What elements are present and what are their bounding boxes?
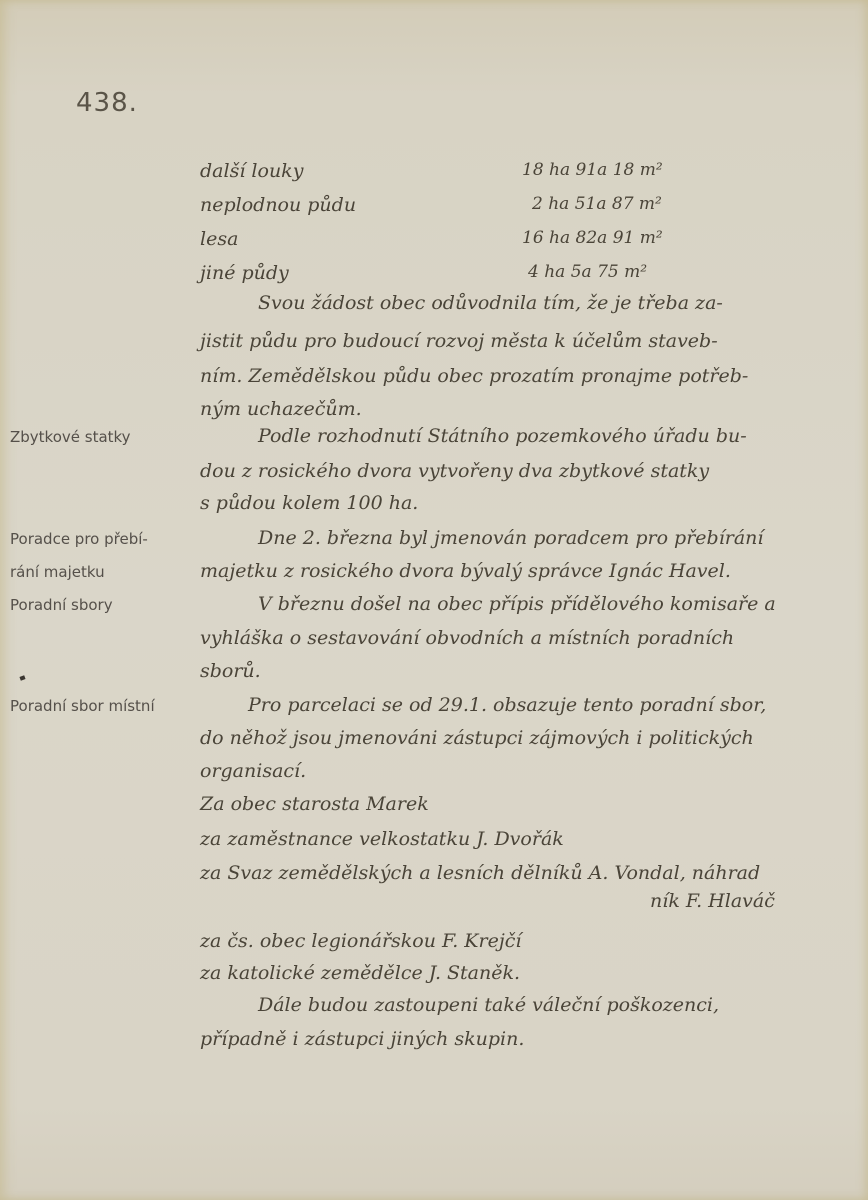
member-line: za katolické zemědělce J. Staněk.	[200, 962, 520, 984]
area-value: 18 ha 91a 18 m²	[522, 160, 663, 180]
text-line: Pro parcelaci se od 29.1. obsazuje tento…	[248, 694, 766, 716]
member-line: za čs. obec legionářskou F. Krejčí	[200, 930, 521, 952]
area-value: 16 ha 82a 91 m²	[522, 228, 663, 248]
text-line: s půdou kolem 100 ha.	[200, 492, 418, 514]
area-label: neplodnou půdu	[200, 194, 356, 216]
margin-note-poradce: rání majetku	[10, 563, 105, 581]
check-mark-icon	[19, 675, 25, 680]
text-line: majetku z rosického dvora bývalý správce…	[200, 560, 731, 582]
text-line: případně i zástupci jiných skupin.	[200, 1028, 524, 1050]
text-line: ním. Zemědělskou půdu obec prozatím pron…	[200, 365, 748, 387]
text-line: jistit půdu pro budoucí rozvoj města k ú…	[200, 330, 718, 352]
text-line: V březnu došel na obec přípis přídělovéh…	[258, 593, 776, 615]
member-line: za Svaz zemědělských a lesních dělníků A…	[200, 862, 760, 884]
text-line: do něhož jsou jmenováni zástupci zájmový…	[200, 727, 754, 749]
member-line: Za obec starosta Marek	[200, 793, 429, 815]
text-line: Dne 2. března byl jmenován poradcem pro …	[258, 527, 764, 549]
member-line: za zaměstnance velkostatku J. Dvořák	[200, 828, 564, 850]
margin-note-poradce: Poradce pro přebí-	[10, 530, 148, 548]
margin-note-zbytkove-statky: Zbytkové statky	[10, 428, 131, 446]
page-number: 438.	[76, 88, 138, 118]
area-label: další louky	[200, 160, 303, 182]
text-line: Dále budou zastoupeni také váleční poško…	[258, 994, 719, 1016]
margin-note-poradni-sbor-mistni: Poradní sbor místní	[10, 697, 155, 715]
area-value: 4 ha 5a 75 m²	[528, 262, 647, 282]
text-line: ným uchazečům.	[200, 398, 362, 420]
text-line: Svou žádost obec odůvodnila tím, že je t…	[258, 292, 723, 314]
margin-note-poradni-sbory: Poradní sbory	[10, 596, 113, 614]
member-line: ník F. Hlaváč	[650, 890, 775, 912]
manuscript-page: 438. další louky 18 ha 91a 18 m² neplodn…	[0, 0, 868, 1200]
text-line: Podle rozhodnutí Státního pozemkového úř…	[258, 425, 747, 447]
text-line: dou z rosického dvora vytvořeny dva zbyt…	[200, 460, 709, 482]
text-line: organisací.	[200, 760, 306, 782]
text-line: vyhláška o sestavování obvodních a místn…	[200, 627, 734, 649]
text-line: sborů.	[200, 660, 261, 682]
area-label: lesa	[200, 228, 238, 250]
area-label: jiné půdy	[200, 262, 289, 284]
area-value: 2 ha 51a 87 m²	[532, 194, 662, 214]
